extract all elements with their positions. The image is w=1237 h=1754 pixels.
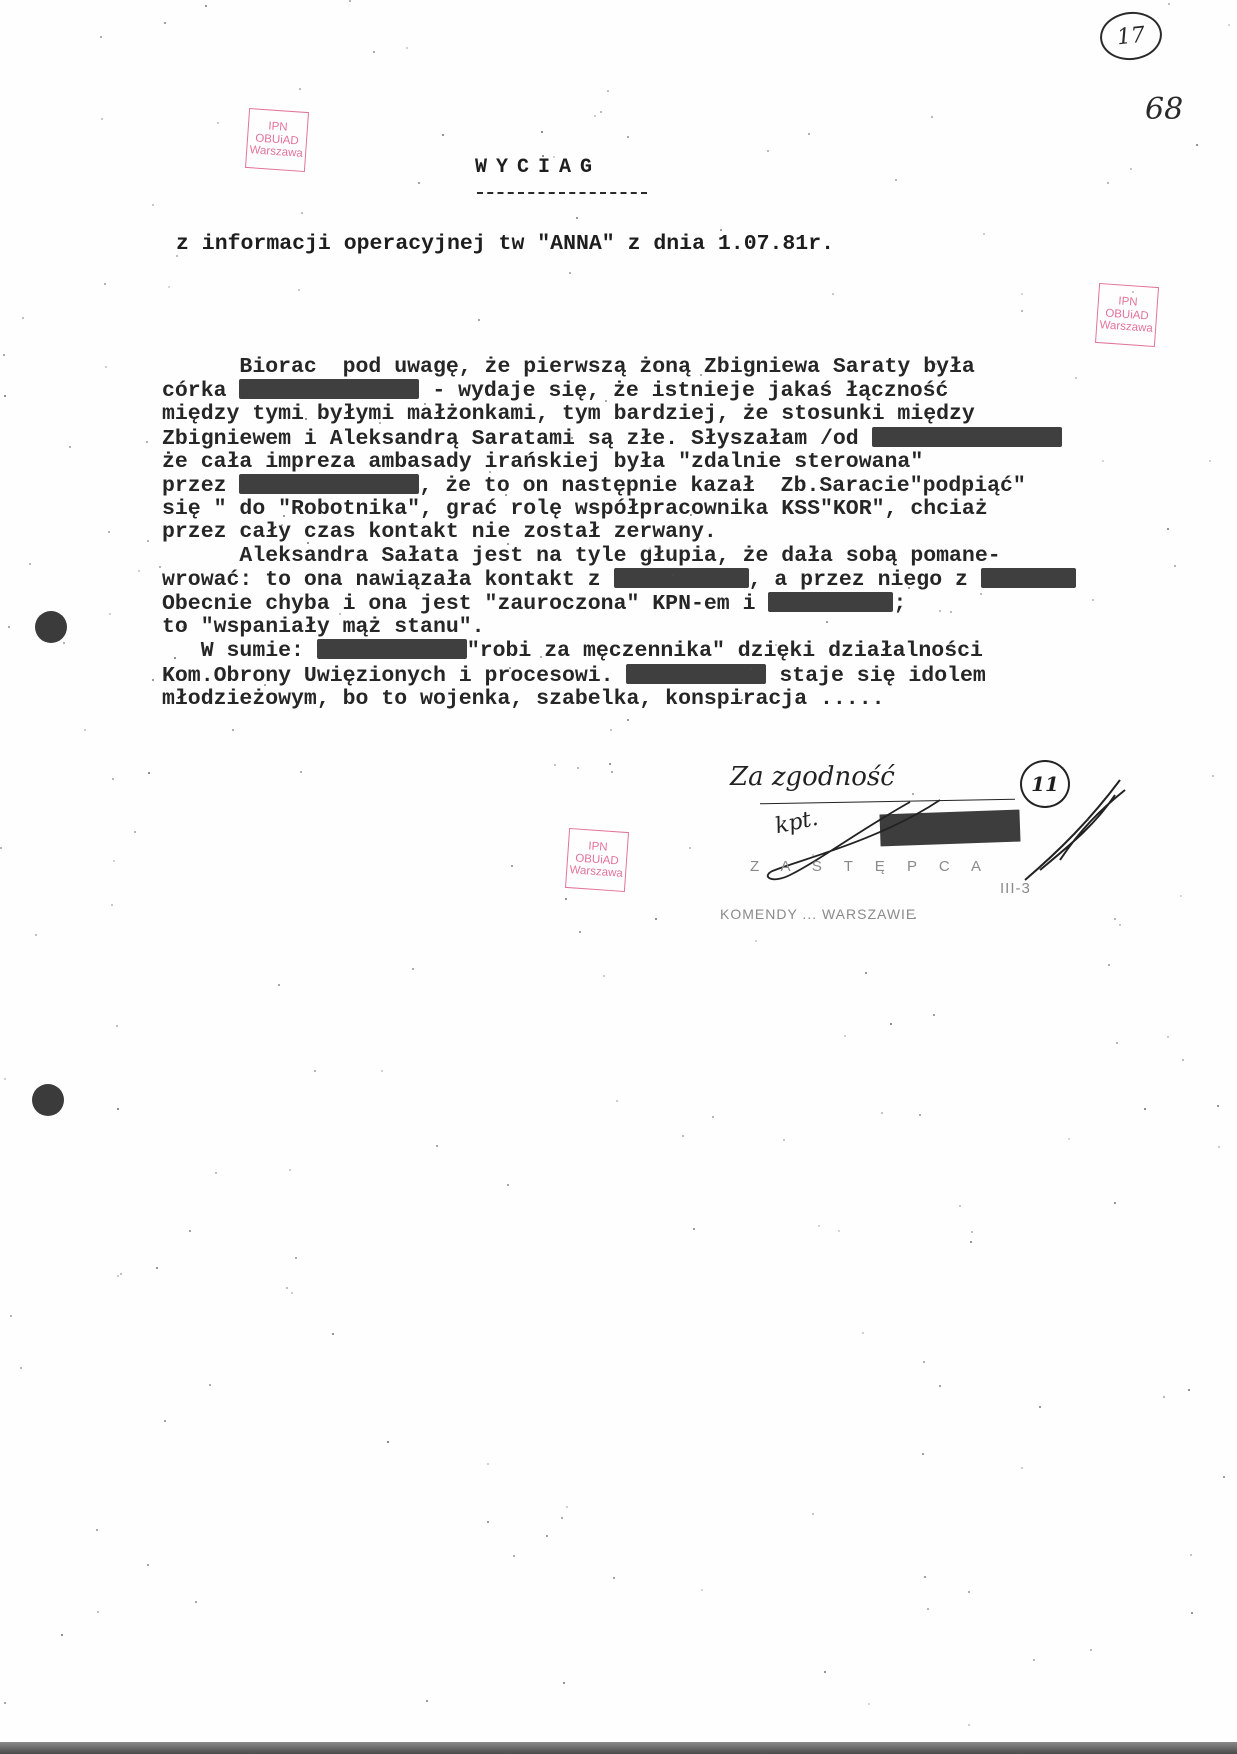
scan-speck xyxy=(4,1702,6,1704)
body-line: to "wspaniały mąż stanu". xyxy=(162,616,1222,639)
scan-speck xyxy=(565,898,567,900)
scan-speck xyxy=(113,860,115,862)
scan-speck xyxy=(195,1601,197,1603)
scan-speck xyxy=(505,494,507,496)
scan-speck xyxy=(217,122,219,124)
scan-speck xyxy=(689,847,691,849)
body-line-text: młodzieżowym, bo to wojenka, szabelka, k… xyxy=(162,687,885,711)
scan-speck xyxy=(569,272,571,274)
scan-speck xyxy=(627,719,629,721)
redaction-bar xyxy=(317,639,467,659)
scan-speck xyxy=(605,400,607,402)
scan-speck xyxy=(1218,1146,1220,1148)
scan-speck xyxy=(117,1275,119,1277)
scan-speck xyxy=(4,1078,6,1080)
scan-speck xyxy=(824,1671,826,1673)
scan-speck xyxy=(1090,1649,1092,1651)
scan-speck xyxy=(959,1205,961,1207)
scan-speck xyxy=(895,179,897,181)
scan-speck xyxy=(971,1231,973,1233)
scan-speck xyxy=(305,418,307,420)
scan-speck xyxy=(300,771,302,773)
scan-speck xyxy=(838,1230,840,1232)
scan-speck xyxy=(182,626,184,628)
scan-speck xyxy=(116,1025,118,1027)
scan-speck xyxy=(278,984,280,986)
scan-speck xyxy=(205,479,207,481)
body-line: się " do "Robotnika", grać rolę współpra… xyxy=(162,498,1222,521)
body-line: że cała impreza ambasady irańskiej była … xyxy=(162,451,1222,474)
scan-speck xyxy=(741,699,743,701)
punch-hole xyxy=(32,1084,64,1116)
stamp-line: Warszawa xyxy=(247,144,306,161)
scan-speck xyxy=(881,1112,883,1114)
scan-speck xyxy=(20,1367,22,1369)
scan-speck xyxy=(755,940,757,942)
scan-speck xyxy=(379,422,381,424)
scan-speck xyxy=(576,217,578,219)
scan-speck xyxy=(672,574,674,576)
scan-speck xyxy=(10,1315,12,1317)
scan-speck xyxy=(566,1506,568,1508)
scan-edge xyxy=(0,1742,1237,1754)
redaction-bar xyxy=(872,427,1062,447)
scan-speck xyxy=(513,1555,515,1557)
scan-speck xyxy=(690,514,692,516)
body-line-text: , a przez niego z xyxy=(749,568,981,592)
scan-speck xyxy=(577,767,579,769)
body-line: Biorac pod uwagę, że pierwszą żoną Zbign… xyxy=(162,356,1222,379)
scan-speck xyxy=(286,1287,288,1289)
scan-speck xyxy=(1174,565,1176,567)
scan-speck xyxy=(412,968,414,970)
scan-speck xyxy=(1092,599,1094,601)
scan-speck xyxy=(298,289,300,291)
scan-speck xyxy=(156,1267,158,1269)
signature-block: Za zgodność 11 kpt. xyxy=(720,750,1120,870)
scan-speck xyxy=(1188,1389,1190,1391)
scan-speck xyxy=(927,1608,929,1610)
redaction-bar xyxy=(768,592,893,612)
scan-speck xyxy=(1167,528,1169,530)
body-line: Aleksandra Sałata jest na tyle głupia, ż… xyxy=(162,545,1222,568)
body-line-text: Biorac pod uwagę, że pierwszą żoną Zbign… xyxy=(162,355,975,379)
scan-speck xyxy=(826,621,828,623)
scan-speck xyxy=(970,1241,972,1243)
body-line: przez cały czas kontakt nie został zerwa… xyxy=(162,521,1222,544)
scan-speck xyxy=(802,236,804,238)
document-title: WYCIAG xyxy=(475,156,601,179)
body-line: wrować: to ona nawiązała kontakt z , a p… xyxy=(162,568,1222,592)
scan-speck xyxy=(189,1230,191,1232)
scan-speck xyxy=(29,563,31,565)
body-line-text: ; xyxy=(893,592,906,616)
handwritten-certification: Za zgodność xyxy=(730,762,895,792)
ipn-stamp: IPN OBUiAD Warszawa xyxy=(1095,283,1159,347)
scan-speck xyxy=(1119,924,1121,926)
body-line-text: Zbigniewem i Aleksandrą Saratami są złe.… xyxy=(162,427,872,451)
scan-speck xyxy=(283,515,285,517)
scan-speck xyxy=(63,642,65,644)
scan-speck xyxy=(609,763,611,765)
scan-speck xyxy=(215,1172,217,1174)
scan-speck xyxy=(478,319,480,321)
scan-speck xyxy=(232,729,234,731)
scan-speck xyxy=(693,1228,695,1230)
body-line-text: córka xyxy=(162,379,239,403)
body-line-text: "robi za męczennika" dzięki działalności xyxy=(467,639,983,663)
scan-speck xyxy=(406,47,408,49)
scan-speck xyxy=(1163,1396,1165,1398)
scan-speck xyxy=(720,229,722,231)
scan-speck xyxy=(168,286,170,288)
scan-speck xyxy=(862,1332,864,1334)
scan-speck xyxy=(418,182,420,184)
scan-speck xyxy=(134,831,136,833)
scan-speck xyxy=(164,22,166,24)
scan-speck xyxy=(104,283,106,285)
scan-speck xyxy=(922,1453,924,1455)
document-subtitle: z informacji operacyjnej tw "ANNA" z dni… xyxy=(176,232,834,256)
scan-speck xyxy=(1228,24,1230,26)
scan-speck xyxy=(750,668,752,670)
scan-speck xyxy=(1021,293,1023,295)
scan-speck xyxy=(174,657,176,659)
scan-speck xyxy=(603,975,605,977)
scan-speck xyxy=(373,51,375,53)
scan-speck xyxy=(554,764,556,766)
body-line-text: - wydaje się, że istnieje jakaś łączność xyxy=(419,379,948,403)
scan-speck xyxy=(783,1139,785,1141)
scan-speck xyxy=(931,116,933,118)
scan-speck xyxy=(264,684,266,686)
archive-page-number: 17 xyxy=(1116,22,1146,50)
faded-stamp-line: III-3 xyxy=(1000,880,1031,897)
scan-speck xyxy=(152,679,154,681)
scan-speck xyxy=(146,441,148,443)
scan-speck xyxy=(1102,460,1104,462)
scan-speck xyxy=(700,374,702,376)
body-line-text: że cała impreza ambasady irańskiej była … xyxy=(162,450,923,474)
scan-speck xyxy=(1182,1059,1184,1061)
scan-speck xyxy=(682,1135,684,1137)
scan-speck xyxy=(1114,918,1116,920)
scan-speck xyxy=(1108,964,1110,966)
scan-speck xyxy=(1021,310,1023,312)
scan-speck xyxy=(108,531,110,533)
punch-hole xyxy=(35,611,67,643)
scan-speck xyxy=(1191,1612,1193,1614)
scan-speck xyxy=(968,1591,970,1593)
scan-speck xyxy=(152,204,154,206)
scan-speck xyxy=(546,1535,548,1537)
scan-speck xyxy=(983,233,985,235)
scan-speck xyxy=(426,1700,428,1702)
scan-speck xyxy=(950,611,952,613)
scan-speck xyxy=(4,395,6,397)
scan-speck xyxy=(826,488,828,490)
scan-speck xyxy=(649,547,651,549)
scan-speck xyxy=(148,772,150,774)
scan-speck xyxy=(868,1703,870,1705)
body-line-text: się " do "Robotnika", grać rolę współpra… xyxy=(162,497,988,521)
scan-speck xyxy=(611,771,613,773)
scan-speck xyxy=(147,540,149,542)
body-line: Obecnie chyba i ona jest "zauroczona" KP… xyxy=(162,592,1222,616)
scan-speck xyxy=(442,134,444,136)
scan-speck xyxy=(553,156,555,158)
scan-speck xyxy=(1167,1036,1169,1038)
scan-speck xyxy=(487,1463,489,1465)
scan-speck xyxy=(935,363,937,365)
scan-speck xyxy=(111,904,113,906)
scan-speck xyxy=(594,115,596,117)
redaction-bar xyxy=(614,568,749,588)
scan-speck xyxy=(274,678,276,680)
scan-speck xyxy=(832,293,834,295)
body-line-text: przez xyxy=(162,474,239,498)
scan-speck xyxy=(563,1682,565,1684)
faded-stamp-line: KOMENDY ... WARSZAWIE xyxy=(720,906,916,922)
scan-speck xyxy=(1209,460,1211,462)
scan-speck xyxy=(968,1724,970,1726)
scan-speck xyxy=(387,1441,389,1443)
scan-speck xyxy=(22,317,24,319)
scan-speck xyxy=(818,1225,820,1227)
scan-speck xyxy=(291,1292,293,1294)
body-line-text: przez cały czas kontakt nie został zerwa… xyxy=(162,520,717,544)
scan-speck xyxy=(912,793,914,795)
scan-speck xyxy=(939,610,941,612)
scan-speck xyxy=(1116,1042,1118,1044)
scan-speck xyxy=(1212,775,1214,777)
archive-secondary-number: 68 xyxy=(1145,92,1183,127)
scan-speck xyxy=(101,118,103,120)
scan-speck xyxy=(571,437,573,439)
body-line: córka - wydaje się, że istnieje jakaś łą… xyxy=(162,379,1222,403)
scan-speck xyxy=(1180,895,1182,897)
scan-speck xyxy=(924,1576,926,1578)
scan-speck xyxy=(84,729,86,731)
scan-speck xyxy=(308,699,310,701)
scan-speck xyxy=(349,0,351,2)
scan-speck xyxy=(627,136,629,138)
scan-speck xyxy=(301,212,303,214)
scan-speck xyxy=(542,155,544,157)
scan-speck xyxy=(307,542,309,544)
body-line-text: Kom.Obrony Uwięzionych i procesowi. xyxy=(162,664,626,688)
scan-speck xyxy=(438,702,440,704)
scan-speck xyxy=(966,485,968,487)
scan-speck xyxy=(890,1023,892,1025)
scan-speck xyxy=(808,133,810,135)
scan-speck xyxy=(138,570,140,572)
scan-speck xyxy=(933,1014,935,1016)
scan-speck xyxy=(69,446,71,448)
scan-speck xyxy=(159,566,161,568)
scan-speck xyxy=(600,111,602,113)
body-line: przez , że to on następnie kazał Zb.Sara… xyxy=(162,474,1222,498)
scan-speck xyxy=(613,1577,615,1579)
scan-speck xyxy=(1196,144,1198,146)
body-line-text: Aleksandra Sałata jest na tyle głupia, ż… xyxy=(162,544,1001,568)
scan-speck xyxy=(105,366,107,368)
scan-speck xyxy=(923,1361,925,1363)
scan-speck xyxy=(1130,168,1132,170)
scan-speck xyxy=(726,600,728,602)
scan-speck xyxy=(579,931,581,933)
signature-loop xyxy=(760,790,980,890)
scan-speck xyxy=(919,1114,921,1116)
faded-stamp-line: Z A S T Ę P C A xyxy=(750,858,990,875)
scan-speck xyxy=(1190,1554,1192,1556)
scan-speck xyxy=(1062,767,1064,769)
scan-speck xyxy=(507,543,509,545)
scan-speck xyxy=(1132,291,1134,293)
scan-speck xyxy=(844,1035,846,1037)
scan-speck xyxy=(1033,1659,1035,1661)
scan-speck xyxy=(1039,1406,1041,1408)
scan-speck xyxy=(914,917,916,919)
redaction-bar xyxy=(239,379,419,399)
scan-speck xyxy=(3,354,5,356)
scan-speck xyxy=(96,1529,98,1531)
redaction-bar xyxy=(239,474,419,494)
redaction-bar xyxy=(626,664,766,684)
body-line: W sumie: "robi za męczennika" dzięki dzi… xyxy=(162,639,1222,663)
body-line: między tymi byłymi małżonkami, tym bardz… xyxy=(162,403,1222,426)
ipn-stamp: IPN OBUiAD Warszawa xyxy=(245,108,309,172)
scan-speck xyxy=(561,1517,563,1519)
scan-speck xyxy=(489,471,491,473)
scan-speck xyxy=(1021,1467,1023,1469)
scan-speck xyxy=(891,556,893,558)
scan-speck xyxy=(1144,1108,1146,1110)
redaction-bar xyxy=(981,568,1076,588)
scan-speck xyxy=(767,150,769,152)
body-line: Kom.Obrony Uwięzionych i procesowi. staj… xyxy=(162,664,1222,688)
scan-speck xyxy=(147,1564,149,1566)
scan-speck xyxy=(381,1070,383,1072)
body-line-text: to "wspaniały mąż stanu". xyxy=(162,615,485,639)
scan-speck xyxy=(112,778,114,780)
scan-speck xyxy=(939,1385,941,1387)
scan-speck xyxy=(295,1257,297,1259)
scan-speck xyxy=(865,972,867,974)
body-line-text: między tymi byłymi małżonkami, tym bardz… xyxy=(162,402,975,426)
title-underline xyxy=(477,192,647,194)
stamp-line: Warszawa xyxy=(567,864,626,881)
body-line-text: staje się idolem xyxy=(766,664,985,688)
scan-speck xyxy=(509,667,511,669)
scan-speck xyxy=(0,847,2,849)
scan-speck xyxy=(812,854,814,856)
scan-speck xyxy=(8,626,10,628)
body-line-text: W sumie: xyxy=(162,639,317,663)
scan-speck xyxy=(908,587,910,589)
scan-speck xyxy=(299,88,301,90)
stamp-line: Warszawa xyxy=(1097,319,1156,336)
ipn-stamp: IPN OBUiAD Warszawa xyxy=(565,828,629,892)
scan-speck xyxy=(100,36,102,38)
scan-speck xyxy=(712,1116,714,1118)
scan-speck xyxy=(1068,1138,1070,1140)
body-line: Zbigniewem i Aleksandrą Saratami są złe.… xyxy=(162,427,1222,451)
scan-speck xyxy=(289,1169,291,1171)
scan-speck xyxy=(1114,1202,1116,1204)
scan-speck xyxy=(120,1273,122,1275)
scan-speck xyxy=(906,464,908,466)
scan-speck xyxy=(1223,1476,1225,1478)
scan-speck xyxy=(610,729,612,731)
scan-speck xyxy=(339,613,341,615)
body-line: młodzieżowym, bo to wojenka, szabelka, k… xyxy=(162,688,1222,711)
scan-speck xyxy=(511,865,513,867)
scan-speck xyxy=(205,5,207,7)
scan-speck xyxy=(164,1420,166,1422)
scan-speck xyxy=(507,1184,509,1186)
scan-speck xyxy=(176,255,178,257)
scan-speck xyxy=(701,1589,703,1591)
scan-speck xyxy=(1168,3,1170,5)
scan-speck xyxy=(775,644,777,646)
scan-speck xyxy=(61,1634,63,1636)
scan-speck xyxy=(281,524,283,526)
scan-speck xyxy=(1107,182,1109,184)
scan-speck xyxy=(1087,819,1089,821)
archive-page-number-circled: 17 xyxy=(1098,9,1165,63)
scan-speck xyxy=(109,613,111,615)
scan-speck xyxy=(540,656,542,658)
scan-speck xyxy=(314,1070,316,1072)
scan-speck xyxy=(209,1384,211,1386)
document-page: 17 68 IPN OBUiAD Warszawa IPN OBUiAD War… xyxy=(0,0,1237,1754)
scan-speck xyxy=(812,1513,814,1515)
scan-speck xyxy=(487,1521,489,1523)
body-line-text: , że to on następnie kazał Zb.Saracie"po… xyxy=(419,474,1025,498)
scan-speck xyxy=(1075,377,1077,379)
scan-speck xyxy=(607,90,609,92)
signature-scribble xyxy=(1020,770,1130,890)
scan-speck xyxy=(117,1108,119,1110)
document-body: Biorac pod uwagę, że pierwszą żoną Zbign… xyxy=(162,356,1222,711)
body-line-text: wrować: to ona nawiązała kontakt z xyxy=(162,568,614,592)
scan-speck xyxy=(424,403,426,405)
scan-speck xyxy=(436,1145,438,1147)
scan-speck xyxy=(35,934,37,936)
scan-speck xyxy=(616,1100,618,1102)
scan-speck xyxy=(980,593,982,595)
scan-speck xyxy=(97,1611,99,1613)
scan-speck xyxy=(541,131,543,133)
scan-speck xyxy=(655,918,657,920)
scan-speck xyxy=(1217,1105,1219,1107)
body-line-text: Obecnie chyba i ona jest "zauroczona" KP… xyxy=(162,592,768,616)
scan-speck xyxy=(332,1333,334,1335)
